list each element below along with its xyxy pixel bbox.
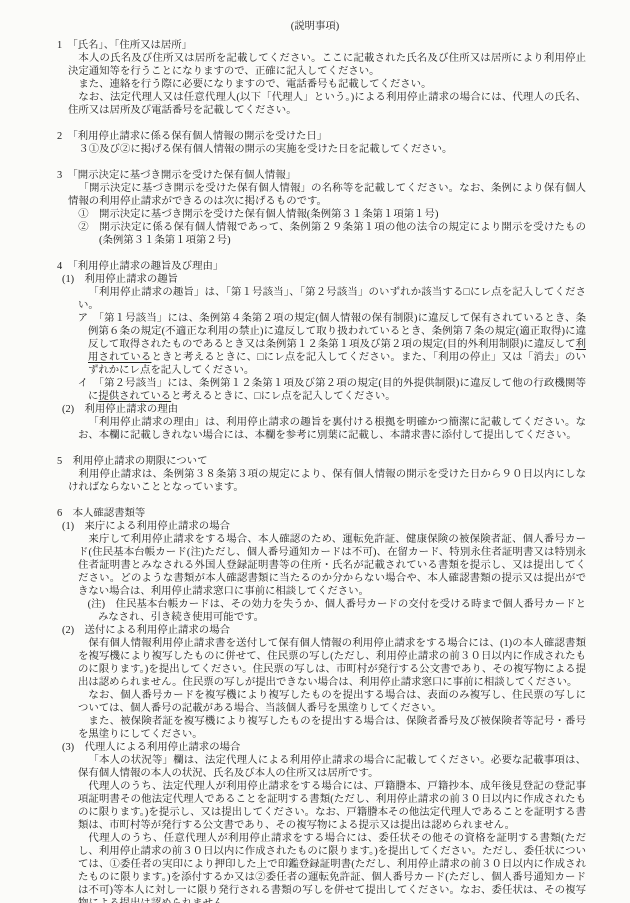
section-6-sub-3-para-3: 代理人のうち、任意代理人が利用停止請求をする場合には、委任状その他その資格を証明…	[0, 832, 586, 903]
section-3-list-item-1: ① 開示決定に基づき開示を受けた保有個人情報(条例第３１条第１項第１号)	[0, 208, 586, 221]
section-6-sub-3-heading: (3) 代理人による利用停止請求の場合	[0, 741, 586, 754]
section-1-heading: 1 「氏名」、「住所又は居所」	[0, 39, 586, 52]
section-4-sub-2-heading: (2) 利用停止請求の理由	[0, 403, 586, 416]
section-4-sub-2-para: 「利用停止請求の理由」は、利用停止請求の趣旨を裏付ける根拠を明確かつ簡潔に記載し…	[0, 416, 586, 442]
section-2-para-1: ３①及び②に掲げる保有個人情報の開示の実施を受けた日を記載してください。	[0, 143, 586, 156]
section-4-sub-1-para: 「利用停止請求の趣旨」は、「第１号該当」、「第２号該当」のいずれか該当する□にレ…	[0, 286, 586, 312]
section-6-sub-2-para-2: なお、個人番号カードを複写機により複写したものを提出する場合は、表面のみ複写し、…	[0, 689, 586, 715]
section-6-sub-1-para: 来庁して利用停止請求をする場合、本人確認のため、運転免許証、健康保険の被保険者証…	[0, 533, 586, 598]
document-page: (説明事項) 1 「氏名」、「住所又は居所」 本人の氏名及び住所又は居所を記載し…	[0, 0, 630, 903]
section-6-sub-1-heading: (1) 来庁による利用停止請求の場合	[0, 520, 586, 533]
section-6-sub-2-para-3: また、被保険者証を複写機により複写したものを提出する場合は、保険者番号及び被保険…	[0, 715, 586, 741]
text-segment: ア 「第１号該当」には、条例第４条第２項の規定(個人情報の保有制限)に違反して保…	[78, 313, 586, 350]
section-6-sub-2-heading: (2) 送付による利用停止請求の場合	[0, 624, 586, 637]
underlined-text: 提供されている	[98, 391, 171, 402]
section-6-sub-1-note: (注) 住民基本台帳カードは、その効力を失うか、個人番号カードの交付を受ける時ま…	[0, 598, 586, 624]
section-5-para-1: 利用停止請求は、条例第３８条第３項の規定により、保有個人情報の開示を受けた日から…	[0, 468, 586, 494]
section-6-sub-2-para-1: 保有個人情報利用停止請求書を送付して保有個人情報の利用停止請求をする場合には、(…	[0, 637, 586, 689]
section-1-para-3: なお、法定代理人又は任意代理人(以下「代理人」という。)による利用停止請求の場合…	[0, 91, 586, 117]
section-3-heading: 3 「開示決定に基づき開示を受けた保有個人情報」	[0, 169, 586, 182]
section-3-para-1: 「開示決定に基づき開示を受けた保有個人情報」の名称等を記載してください。なお、条…	[0, 182, 586, 208]
section-1-para-1: 本人の氏名及び住所又は居所を記載してください。ここに記載された氏名及び住所又は居…	[0, 52, 586, 78]
section-4-item-i: イ 「第２号該当」には、条例第１２条第１項及び第２項の規定(目的外提供制限)に違…	[0, 377, 586, 403]
section-1-para-2: また、連絡を行う際に必要になりますので、電話番号も記載してください。	[0, 78, 586, 91]
section-6-sub-3-para-1: 「本人の状況等」欄は、法定代理人による利用停止請求の場合に記載してください。必要…	[0, 754, 586, 780]
text-segment: と考えるときに、□にレ点を記入してください。	[171, 391, 395, 402]
section-2-heading: 2 「利用停止請求に係る保有個人情報の開示を受けた日」	[0, 130, 586, 143]
section-6-heading: 6 本人確認書類等	[0, 507, 586, 520]
section-4-heading: 4 「利用停止請求の趣旨及び理由」	[0, 260, 586, 273]
text-segment: ときと考えるときに、□にレ点を記入してください。また、「利用の停止」又は「消去」…	[88, 352, 586, 376]
section-4-item-a: ア 「第１号該当」には、条例第４条第２項の規定(個人情報の保有制限)に違反して保…	[0, 312, 586, 377]
section-5-heading: 5 利用停止請求の期限について	[0, 455, 586, 468]
section-4-sub-1-heading: (1) 利用停止請求の趣旨	[0, 273, 586, 286]
doc-title: (説明事項)	[0, 20, 586, 33]
section-3-list-item-2: ② 開示決定に係る保有個人情報であって、条例第２９条第１項の他の法令の規定により…	[0, 221, 586, 247]
section-6-sub-3-para-2: 代理人のうち、法定代理人が利用停止請求をする場合には、戸籍謄本、戸籍抄本、成年後…	[0, 780, 586, 832]
